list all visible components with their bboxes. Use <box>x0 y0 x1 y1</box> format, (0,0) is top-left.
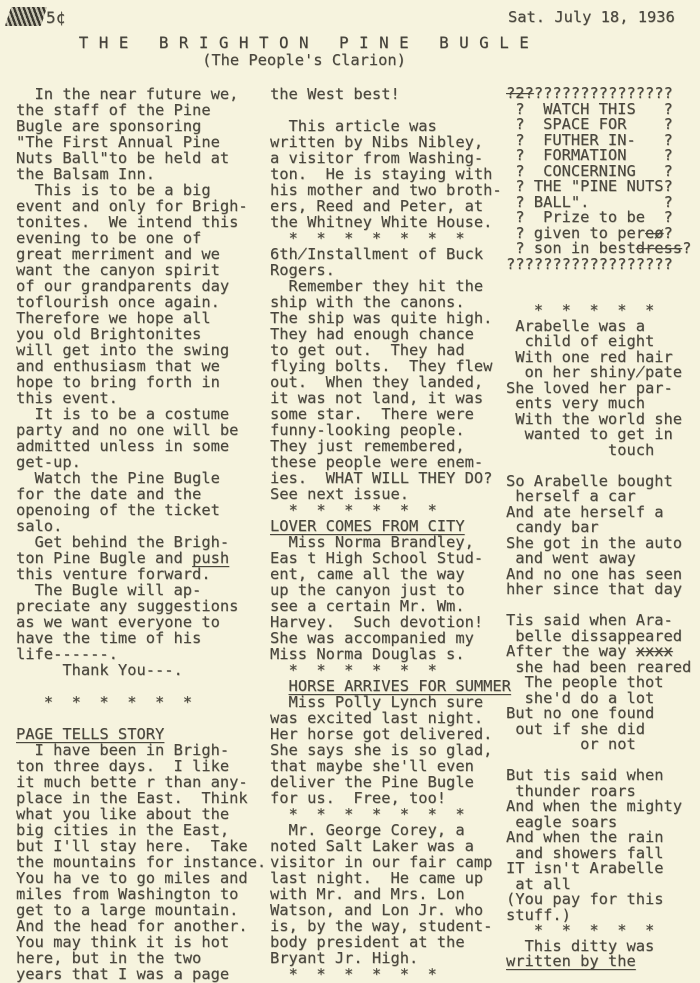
text-line: this venture forward. <box>16 566 266 582</box>
text-line: toflourish once again. <box>16 294 266 310</box>
text-line: Miss Polly Lynch sure <box>270 694 511 710</box>
text-line: funny-looking people. <box>270 422 511 438</box>
text-line: Thank You---. <box>16 662 266 678</box>
text-line: miles from Washington to <box>16 886 266 902</box>
text-line: event and only for Brigh- <box>16 198 266 214</box>
text-line: visitor in our fair camp <box>270 854 511 870</box>
text-line: HORSE ARRIVES FOR SUMMER <box>270 678 511 694</box>
text-line: as we want everyone to <box>16 614 266 630</box>
text-line: the West best! <box>270 86 511 102</box>
text-line: written by Nibs Nibley, <box>270 134 511 150</box>
text-line: that maybe she'll even <box>270 758 511 774</box>
text-line: Harvey. Such devotion! <box>270 614 511 630</box>
text-line: place in the East. Think <box>16 790 266 806</box>
text-line: This is to be a big <box>16 182 266 198</box>
column-left: In the near future we,the staff of the P… <box>16 86 266 982</box>
text-line: this event. <box>16 390 266 406</box>
text-line: ent, came all the way <box>270 566 511 582</box>
text-line: They just remembered, <box>270 438 511 454</box>
text-line: admitted unless in some <box>16 438 266 454</box>
text-line: of our grandparents day <box>16 278 266 294</box>
text-line: evening to be one of <box>16 230 266 246</box>
column-right: ?2???????????????? ? WATCH THIS ? ? SPAC… <box>506 86 691 970</box>
text-line <box>270 102 511 118</box>
text-line: written by the <box>506 954 691 970</box>
text-line: hope to bring forth in <box>16 374 266 390</box>
text-line: PAGE TELLS STORY <box>16 726 266 742</box>
text-line: You ha ve to go miles and <box>16 870 266 886</box>
text-line <box>16 710 266 726</box>
text-line: to get out. They had <box>270 342 511 358</box>
text-line: here, but in the two <box>16 950 266 966</box>
text-line: * * * * * * <box>270 966 511 982</box>
text-line: The ship was quite high. <box>270 310 511 326</box>
text-line: Therefore we hope all <box>16 310 266 326</box>
text-line: ton three days. I like <box>16 758 266 774</box>
text-line: ers, Reed and Peter, at <box>270 198 511 214</box>
text-line: what you like about the <box>16 806 266 822</box>
text-line <box>506 272 691 288</box>
text-line: Get behind the Brigh- <box>16 534 266 550</box>
text-line: And the head for another. <box>16 918 266 934</box>
text-line: for the date and the <box>16 486 266 502</box>
text-line: openoing of the ticket <box>16 502 266 518</box>
text-line: it much bette r than any- <box>16 774 266 790</box>
text-line: the mountains for instance. <box>16 854 266 870</box>
text-line: the Whitney White House. <box>270 214 511 230</box>
text-line: want the canyon spirit <box>16 262 266 278</box>
text-line: his mother and two broth- <box>270 182 511 198</box>
underlined-text: written by the <box>506 952 636 970</box>
text-line: tonites. We intend this <box>16 214 266 230</box>
text-line: see a certain Mr. Wm. <box>270 598 511 614</box>
text-line: with Mr. and Mrs. Lon <box>270 886 511 902</box>
text-line: This article was <box>270 118 511 134</box>
text-line: It is to be a costume <box>16 406 266 422</box>
text-line <box>16 678 266 694</box>
text-line: Miss Norma Brandley, <box>270 534 511 550</box>
text-line: some star. There were <box>270 406 511 422</box>
text-line: party and no one will be <box>16 422 266 438</box>
text-line: * * * * * * <box>270 662 511 678</box>
price-label: 5¢ <box>46 8 65 27</box>
text-line: or not <box>506 737 691 753</box>
text-line: ship with the canons. <box>270 294 511 310</box>
text-line: noted Salt Laker was a <box>270 838 511 854</box>
text-line: Nuts Ball"to be held at <box>16 150 266 166</box>
text-line: life------. <box>16 646 266 662</box>
text-line: get to a large mountain. <box>16 902 266 918</box>
text-line: flying bolts. They flew <box>270 358 511 374</box>
text-line: Watson, and Lon Jr. who <box>270 902 511 918</box>
text-line: but I'll stay here. Take <box>16 838 266 854</box>
text-line: get-up. <box>16 454 266 470</box>
text-line: will get into the swing <box>16 342 266 358</box>
text-line: Bugle are sponsoring <box>16 118 266 134</box>
text-segment: ? <box>682 239 691 257</box>
text-line: for us. Free, too! <box>270 790 511 806</box>
text-line: big cities in the East, <box>16 822 266 838</box>
text-line: Rogers. <box>270 262 511 278</box>
text-line: * * * * * * <box>270 502 511 518</box>
text-line: out. When they landed, <box>270 374 511 390</box>
text-line: years that I was a page <box>16 966 266 982</box>
text-line: Her horse got delivered. <box>270 726 511 742</box>
text-line: Eas t High School Stud- <box>270 550 511 566</box>
text-line: and enthusiasm that we <box>16 358 266 374</box>
text-line: 6th̸Installment of Buck <box>270 246 511 262</box>
text-line: a visitor from Washing- <box>270 150 511 166</box>
text-line: Miss Norma Douglas s. <box>270 646 511 662</box>
text-line: have the time of his <box>16 630 266 646</box>
date-label: Sat. July 18, 1936 <box>508 8 675 26</box>
text-line: body president at the <box>270 934 511 950</box>
text-line: The Bugle will ap- <box>16 582 266 598</box>
page: 5¢ Sat. July 18, 1936 T H E B R I G H T … <box>0 0 700 982</box>
text-line: deliver the Pine Bugle <box>270 774 511 790</box>
text-line: She says she is so glad, <box>270 742 511 758</box>
text-line: In the near future we, <box>16 86 266 102</box>
text-line: See next issue. <box>270 486 511 502</box>
text-line: ton. He is staying with <box>270 166 511 182</box>
text-line: ton Pine Bugle and push <box>16 550 266 566</box>
text-line: Watch the Pine Bugle <box>16 470 266 486</box>
text-line: ies. WHAT WILL THEY DO? <box>270 470 511 486</box>
text-line: Bryant Jr. High. <box>270 950 511 966</box>
text-line: touch <box>506 443 691 459</box>
column-middle: the West best! This article waswritten b… <box>270 86 511 982</box>
text-line: these people were enem- <box>270 454 511 470</box>
text-line: You may think it is hot <box>16 934 266 950</box>
text-line: the staff of the Pine <box>16 102 266 118</box>
text-line: hher since that day <box>506 582 691 598</box>
text-line: Mr. George Corey, a <box>270 822 511 838</box>
newspaper-subtitle: (The People's Clarion) <box>0 51 608 69</box>
text-line: * * * * * * * <box>270 806 511 822</box>
text-line: ?????????????????? <box>506 257 691 273</box>
text-line: LOVER COMES FROM CITY <box>270 518 511 534</box>
newspaper-title: T H E B R I G H T O N P I N E B U G L E <box>0 33 608 52</box>
text-line: They had enough chance <box>270 326 511 342</box>
text-line: was excited last night. <box>270 710 511 726</box>
text-line: you old Brightonites <box>16 326 266 342</box>
text-line: * * * * * * * <box>270 230 511 246</box>
text-line: the Balsam Inn. <box>16 166 266 182</box>
text-line: up the canyon just to <box>270 582 511 598</box>
text-line: salo. <box>16 518 266 534</box>
text-line: last night. He came up <box>270 870 511 886</box>
text-line: I have been in Brigh- <box>16 742 266 758</box>
text-line: Remember they hit the <box>270 278 511 294</box>
text-line: * * * * * * <box>16 694 266 710</box>
text-line: great merriment and we <box>16 246 266 262</box>
text-line: it was not land, it was <box>270 390 511 406</box>
text-line: "The First Annual Pine <box>16 134 266 150</box>
text-line: is, by the way, student- <box>270 918 511 934</box>
scribble-mark <box>5 7 47 26</box>
text-line: She was accompanied my <box>270 630 511 646</box>
text-line: preciate any suggestions <box>16 598 266 614</box>
